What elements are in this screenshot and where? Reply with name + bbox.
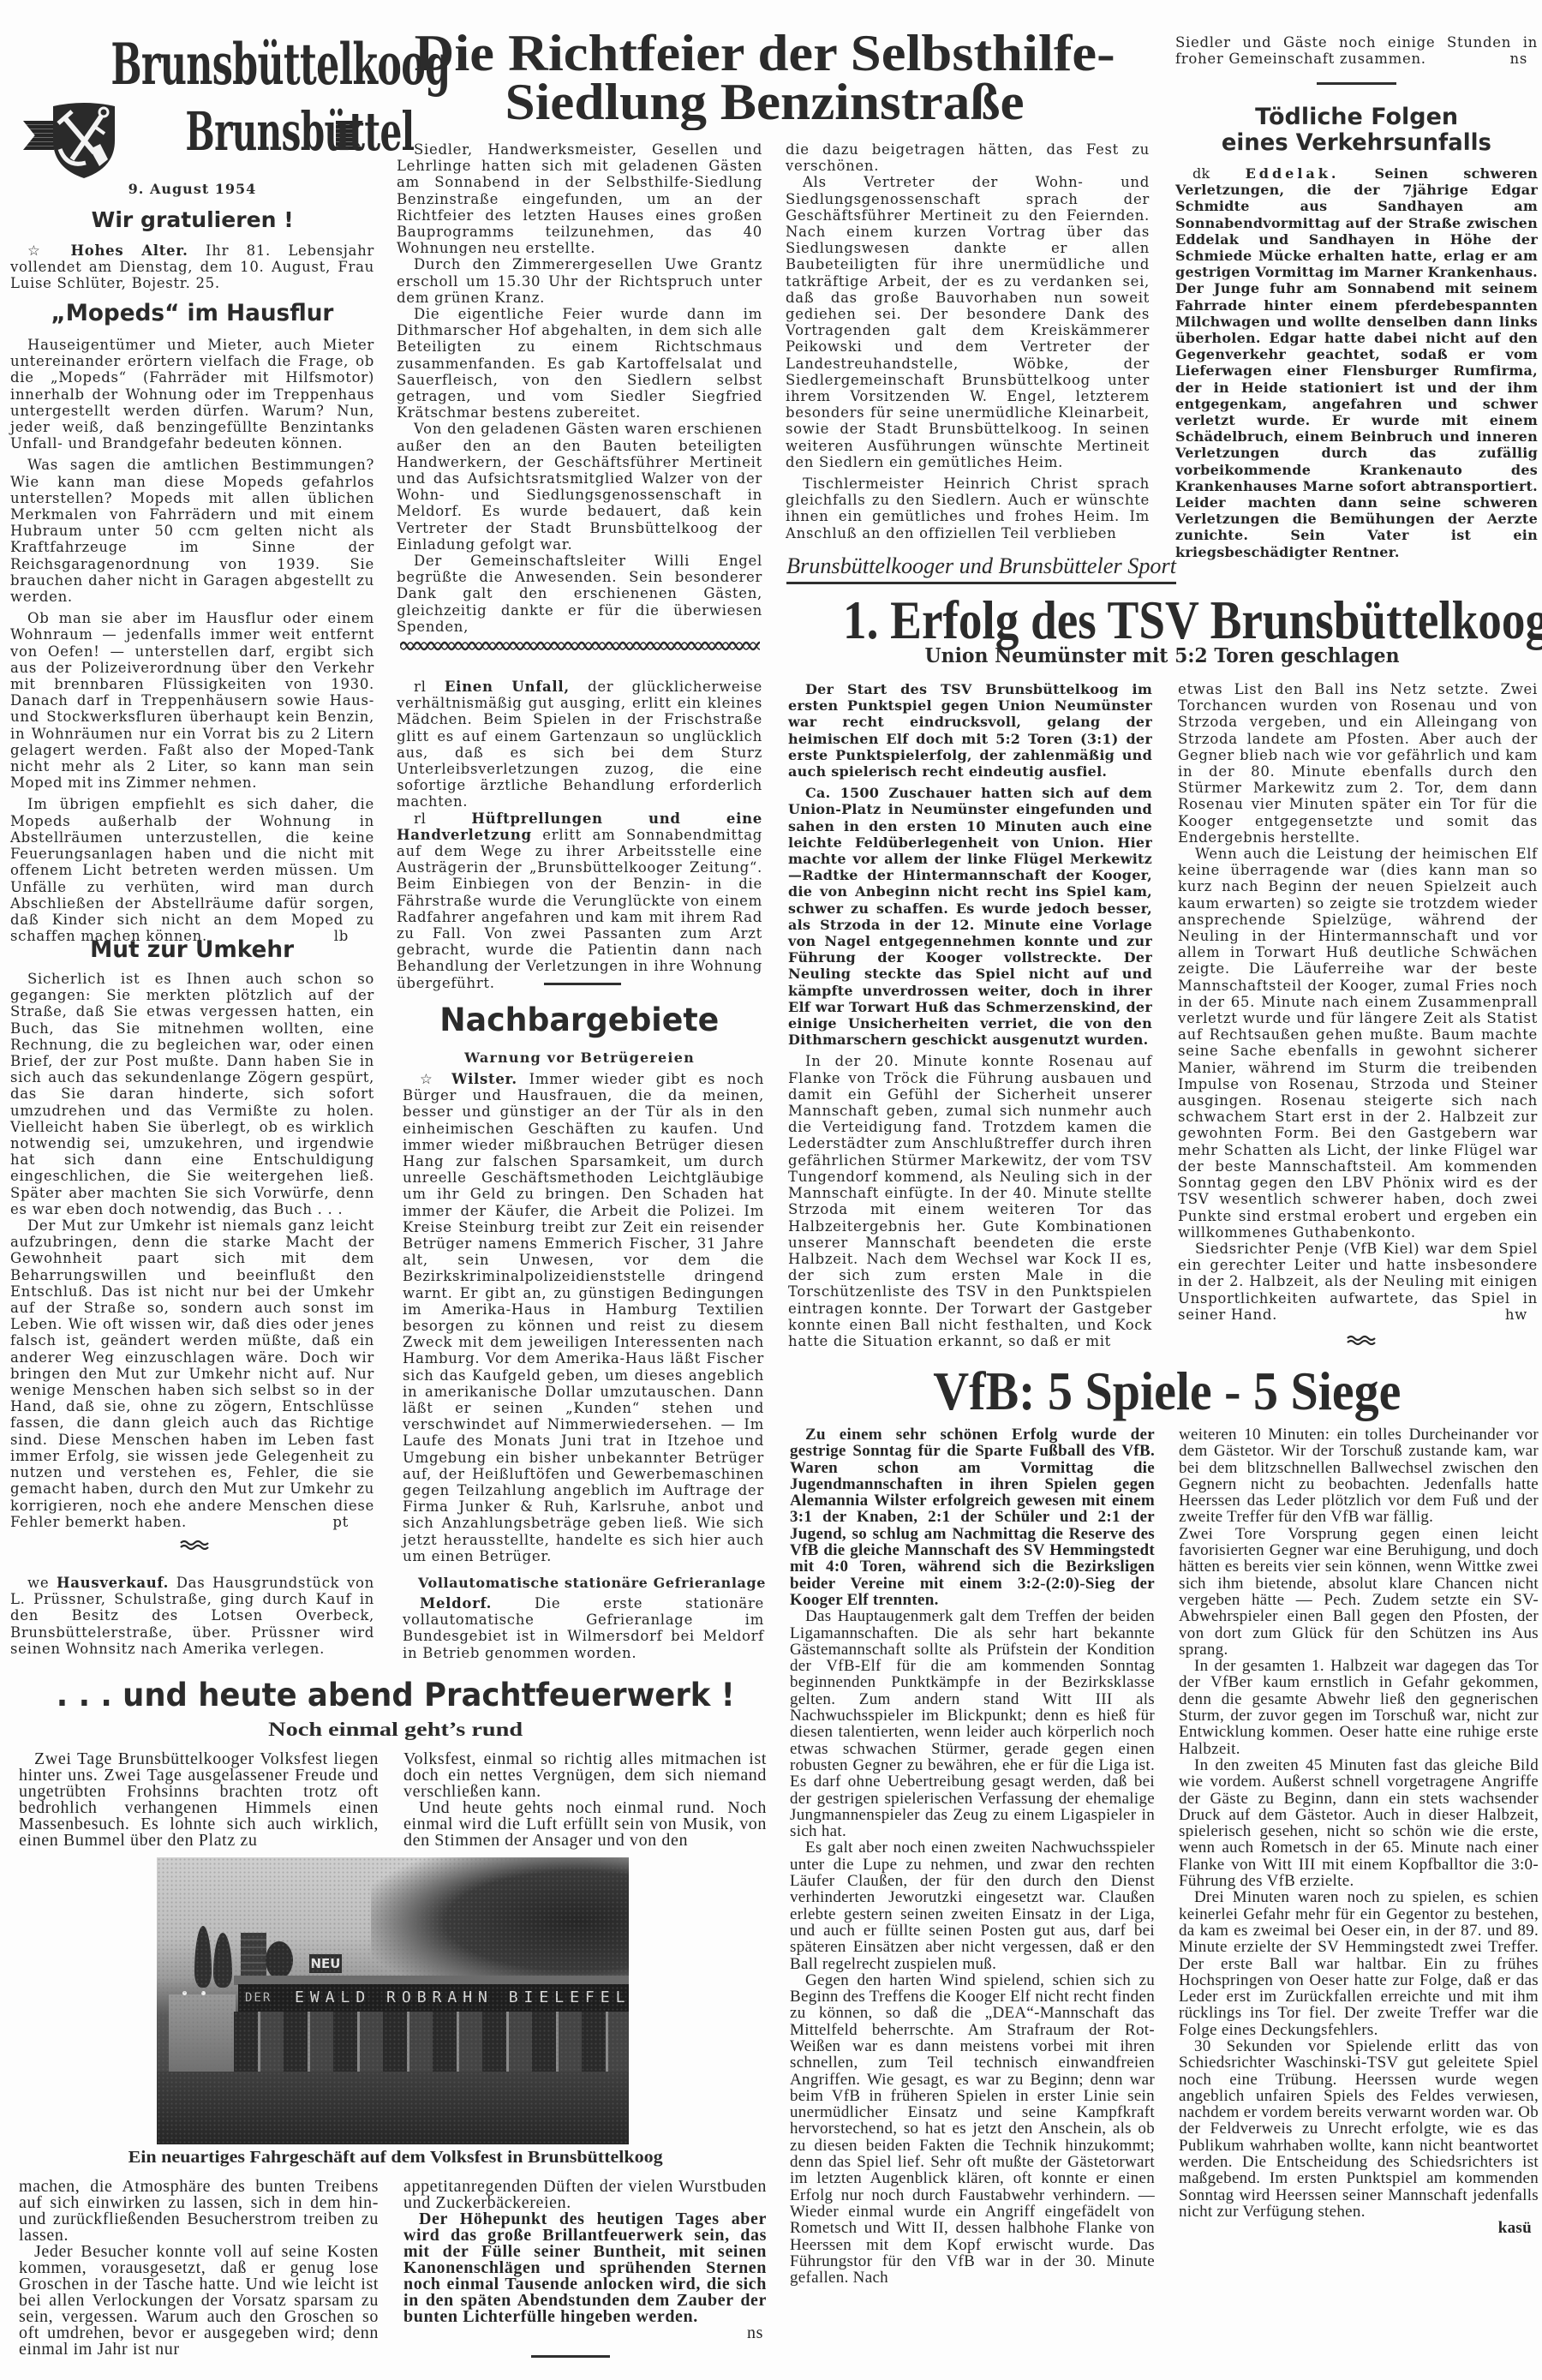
- author-signature: ns: [403, 2325, 767, 2341]
- masthead-subtitle-text: Brunsbüttel: [185, 105, 414, 158]
- tsv-subheadline-text: Union Neumünster mit 5:2 Toren geschlage…: [925, 645, 1400, 667]
- article-paragraph: machen, die Atmosphäre des bunten Treibe…: [19, 2179, 379, 2244]
- gratulation-lead: Hohes Alter.: [70, 242, 188, 259]
- gratulation-paragraph: ☆ Hohes Alter. Ihr 81. Lebensjahr vollen…: [10, 242, 374, 292]
- accident-text: erlitt am Sonnabendmittag auf dem Wege z…: [397, 827, 762, 991]
- umkehr-heading: Mut zur Umkehr: [10, 936, 374, 964]
- article-paragraph: Drei Minuten waren noch zu spielen, es s…: [1179, 1889, 1539, 2038]
- separator-line: [531, 2355, 610, 2358]
- article-paragraph: Zwei Tage Brunsbüttelkooger Volksfest li…: [19, 1751, 379, 1849]
- article-paragraph: Siedler, Handwerksmeister, Gesellen und …: [397, 141, 762, 256]
- article-paragraph: Das Hauptaugenmerk galt dem Treffen der …: [790, 1608, 1155, 1839]
- article-paragraph: Der Höhepunkt des heutigen Tages aber wi…: [403, 2211, 767, 2325]
- local-news-accidents: rl Einen Unfall, der glücklicherweise ve…: [397, 679, 762, 991]
- verkehrsunfall-heading-line1: Tödliche Folgen: [1175, 105, 1538, 130]
- volksfest-subheadline: Noch einmal geht’s rund: [10, 1719, 781, 1741]
- warnung-article: ☆ Wilster. Immer wieder gibt es noch Bür…: [403, 1071, 764, 1564]
- decorative-rope-border: [400, 638, 760, 654]
- article-paragraph: Volksfest, einmal so richtig alles mitma…: [403, 1751, 767, 1800]
- volksfest-article-bottom-col2: appetitanregenden Düften der vielen Wurs…: [403, 2179, 767, 2341]
- mopeds-heading: „Mopeds“ im Hausflur: [10, 300, 374, 327]
- volksfest-headline-text: . . . und heute abend Prachtfeuerwerk !: [57, 1678, 735, 1713]
- umkehr-article: Sicherlich ist es Ihnen auch schon so ge…: [10, 971, 374, 1530]
- vfb-headline: VfB: 5 Spiele - 5 Siege: [786, 1364, 1542, 1419]
- author-kicker: rl: [414, 679, 427, 695]
- masthead-title-line2: Brunsbüttel: [125, 105, 362, 158]
- volksfest-article-top-col1: Zwei Tage Brunsbüttelkooger Volksfest li…: [19, 1751, 379, 1849]
- article-paragraph: In den zweiten 45 Minuten fast das gleic…: [1179, 1757, 1539, 1889]
- article-paragraph: Es galt aber noch einen zweiten Nachwuch…: [790, 1839, 1155, 1971]
- star-marker-icon: ☆: [420, 1071, 439, 1087]
- author-kicker: we: [27, 1575, 49, 1591]
- richtfeier-article-col3: die dazu beigetragen hätten, das Fest zu…: [786, 141, 1150, 541]
- hausverkauf-paragraph: we Hausverkauf. Das Hausgrundstück von L…: [10, 1575, 374, 1657]
- tsv-headline: 1. Erfolg des TSV Brunsbüttelkoog: [786, 593, 1538, 648]
- tsv-subheadline: Union Neumünster mit 5:2 Toren geschlage…: [786, 645, 1538, 667]
- article-paragraph: Gegen den harten Wind spielend, schien s…: [790, 1972, 1155, 2287]
- gefrieranlage-subheading: Vollautomatische stationäre Gefrieranlag…: [418, 1575, 761, 1592]
- article-paragraph: Tischlermeister Heinrich Christ sprach g…: [786, 475, 1150, 541]
- richtfeier-headline-line1: Die Richtfeier der Selbsthilfe-: [403, 27, 1127, 79]
- verkehrsunfall-heading-text: eines Verkehrsunfalls: [1222, 130, 1491, 156]
- article-paragraph: Und heute gehts noch einmal rund. Noch e…: [403, 1800, 767, 1849]
- richtfeier-headline-text: Die Richtfeier der Selbsthilfe-: [414, 27, 1115, 79]
- article-paragraph: Durch den Zimmerergesellen Uwe Grantz er…: [397, 256, 762, 306]
- star-marker-icon: ☆: [27, 242, 53, 259]
- verkehrsunfall-text: Seinen schweren Verletzungen, die der 7j…: [1175, 165, 1538, 560]
- article-paragraph: Hauseigentümer und Mieter, auch Mieter u…: [10, 337, 374, 451]
- hausverkauf-notice: we Hausverkauf. Das Hausgrundstück von L…: [10, 1575, 374, 1657]
- sport-section-underline: [786, 582, 1176, 584]
- gratulation-heading: Wir gratulieren !: [10, 208, 374, 232]
- article-paragraph: weiteren 10 Minuten: ein tolles Durchein…: [1179, 1426, 1539, 1526]
- mopeds-heading-text: „Mopeds“ im Hausflur: [51, 300, 333, 327]
- umkehr-heading-text: Mut zur Umkehr: [90, 936, 294, 964]
- verkehrsunfall-lead: Eddelak.: [1246, 165, 1340, 182]
- volksfest-photo: NEU DER EWALD ROBRAHN BIELEFELD: [157, 1857, 629, 2144]
- article-paragraph: die dazu beigetragen hätten, das Fest zu…: [786, 141, 1150, 174]
- volksfest-subheadline-text: Noch einmal geht’s rund: [268, 1719, 523, 1741]
- article-paragraph: Ob man sie aber im Hausflur oder einem W…: [10, 610, 374, 791]
- article-paragraph: Jeder Besucher konnte voll auf seine Kos…: [19, 2244, 379, 2358]
- verkehrsunfall-heading-line2: eines Verkehrsunfalls: [1175, 130, 1538, 156]
- issue-date: 9. August 1954: [10, 181, 374, 198]
- article-paragraph: Wenn auch die Leistung der heimischen El…: [1178, 846, 1538, 1241]
- author-kicker: rl: [414, 810, 427, 827]
- separator-line: [1317, 82, 1396, 85]
- gratulation-text: Ihr 81. Lebensjahr vollendet am Dienstag…: [10, 242, 374, 291]
- accident-text: der glücklicherweise verhältnismäßig gut…: [397, 679, 762, 810]
- vfb-article-col2: weiteren 10 Minuten: ein tolles Durchein…: [1179, 1426, 1539, 2237]
- richtfeier-headline-text: Siedlung Benzinstraße: [505, 76, 1024, 128]
- article-paragraph: Zu einem sehr schönen Erfolg wurde der g…: [790, 1426, 1155, 1608]
- gratulation-heading-text: Wir gratulieren !: [92, 208, 294, 232]
- volksfest-article-top-col2: Volksfest, einmal so richtig alles mitma…: [403, 1751, 767, 1849]
- gefrieranlage-paragraph: Meldorf. Die erste stationäre vollautoma…: [403, 1595, 764, 1661]
- hausverkauf-lead: Hausverkauf.: [57, 1575, 169, 1591]
- article-paragraph: Im übrigen empfiehlt es sich daher, die …: [10, 796, 374, 944]
- tsv-headline-text: 1. Erfolg des TSV Brunsbüttelkoog: [843, 593, 1542, 648]
- vfb-article-col1: Zu einem sehr schönen Erfolg wurde der g…: [790, 1426, 1155, 2286]
- author-signature: kasü: [1179, 2220, 1539, 2236]
- richtfeier-article-col2: Siedler, Handwerksmeister, Gesellen und …: [397, 141, 762, 635]
- article-paragraph: Sicherlich ist es Ihnen auch schon so ge…: [10, 971, 374, 1217]
- article-paragraph: Die eigentliche Feier wurde dann im Dith…: [397, 306, 762, 421]
- article-paragraph: etwas List den Ball ins Netz setzte. Zwe…: [1178, 681, 1538, 846]
- author-kicker: dk: [1192, 165, 1210, 182]
- gratulation-notice: ☆ Hohes Alter. Ihr 81. Lebensjahr vollen…: [10, 242, 374, 292]
- warnung-lead: Wilster.: [451, 1071, 517, 1087]
- volksfest-article-bottom-col1: machen, die Atmosphäre des bunten Treibe…: [19, 2179, 379, 2358]
- gefrieranlage-lead: Meldorf.: [420, 1595, 492, 1612]
- article-paragraph: Was sagen die amtlichen Bestimmungen? Wi…: [10, 457, 374, 605]
- tsv-article-col1: Der Start des TSV Brunsbüttelkoog im ers…: [788, 681, 1152, 1349]
- accident-paragraph: rl Einen Unfall, der glücklicherweise ve…: [397, 679, 762, 810]
- gefrieranlage-article: Meldorf. Die erste stationäre vollautoma…: [403, 1595, 764, 1661]
- verkehrsunfall-heading-text: Tödliche Folgen: [1255, 105, 1458, 130]
- article-paragraph: 30 Sekunden vor Spielende erlitt das von…: [1179, 2038, 1539, 2220]
- warnung-subheading: Warnung vor Betrügereien: [397, 1049, 762, 1067]
- coat-of-arms-icon: [48, 99, 120, 180]
- ornament-icon: [1347, 1334, 1376, 1344]
- article-paragraph: Zwei Tore Vorsprung gegen einen leicht f…: [1179, 1526, 1539, 1658]
- article-paragraph: Der Gemeinschaftsleiter Willi Engel begr…: [397, 553, 762, 635]
- warnung-text: Immer wieder gibt es noch Bürger und Hau…: [403, 1071, 764, 1564]
- article-paragraph: Als Vertreter der Wohn- und Siedlungsgen…: [786, 174, 1150, 470]
- volksfest-headline: . . . und heute abend Prachtfeuerwerk !: [10, 1678, 781, 1713]
- richtfeier-article-col4: Siedler und Gäste noch einige Stunden in…: [1175, 34, 1538, 67]
- separator-line: [544, 983, 621, 985]
- verkehrsunfall-paragraph: dk Eddelak. Seinen schweren Verletzungen…: [1175, 165, 1538, 560]
- sport-section-label-text: Brunsbüttelkooger und Brunsbütteler Spor…: [786, 554, 1176, 578]
- article-paragraph: Ca. 1500 Zuschauer hatten sich auf dem U…: [788, 785, 1152, 1048]
- article-paragraph: Der Mut zur Umkehr ist niemals ganz leic…: [10, 1217, 374, 1530]
- article-paragraph: Von den geladenen Gästen waren erschiene…: [397, 421, 762, 553]
- article-paragraph: appetitanregenden Düften der vielen Wurs…: [403, 2179, 767, 2211]
- sport-section-label: Brunsbüttelkooger und Brunsbütteler Spor…: [786, 554, 1180, 578]
- masthead-title-text: Brunsbüttelkoog: [111, 36, 450, 93]
- accident-lead: Einen Unfall,: [445, 679, 570, 695]
- article-paragraph: Der Start des TSV Brunsbüttelkoog im ers…: [788, 681, 1152, 780]
- vfb-headline-text: VfB: 5 Spiele - 5 Siege: [933, 1364, 1401, 1419]
- photo-caption: Ein neuartiges Fahrgeschäft auf dem Volk…: [10, 2148, 781, 2167]
- tsv-article-col2: etwas List den Ball ins Netz setzte. Zwe…: [1178, 681, 1538, 1323]
- verkehrsunfall-article: dk Eddelak. Seinen schweren Verletzungen…: [1175, 165, 1538, 560]
- warnung-paragraph: ☆ Wilster. Immer wieder gibt es noch Bür…: [403, 1071, 764, 1564]
- ornament-icon: [180, 1539, 209, 1549]
- accident-paragraph: rl Hüftprellungen und eine Handverletzun…: [397, 810, 762, 991]
- masthead-title-line1: Brunsbüttelkoog: [19, 36, 367, 93]
- nachbargebiete-heading-text: Nachbargebiete: [439, 1003, 719, 1038]
- article-paragraph: In der gesamten 1. Halbzeit war dagegen …: [1179, 1658, 1539, 1757]
- nachbargebiete-heading: Nachbargebiete: [397, 1003, 762, 1038]
- mopeds-article: Hauseigentümer und Mieter, auch Mieter u…: [10, 337, 374, 944]
- article-paragraph: In der 20. Minute konnte Rosenau auf Fla…: [788, 1053, 1152, 1349]
- photo-halftone: [157, 1857, 629, 2144]
- richtfeier-headline-line2: Siedlung Benzinstraße: [403, 76, 1127, 128]
- photo-caption-text: Ein neuartiges Fahrgeschäft auf dem Volk…: [128, 2148, 663, 2167]
